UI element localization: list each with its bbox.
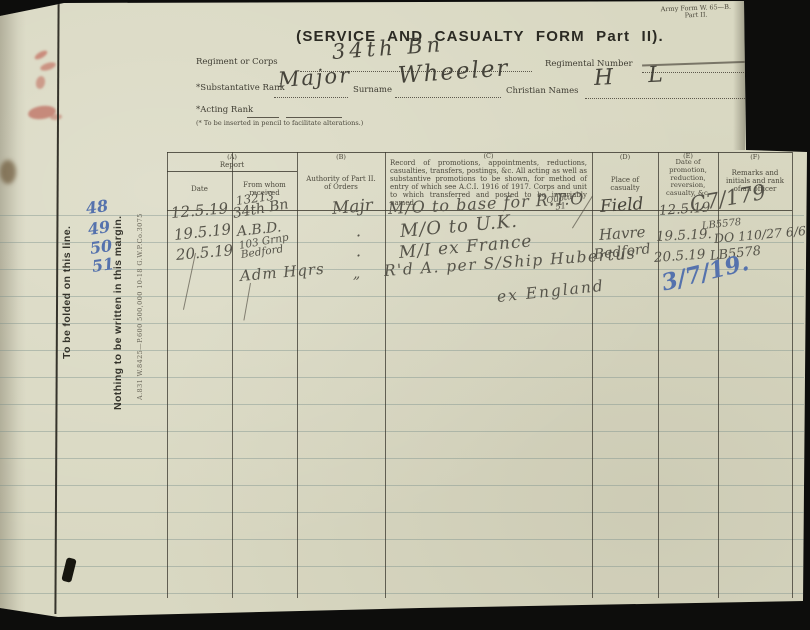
pencil-footnote: (* To be inserted in pencil to facilitat… bbox=[196, 119, 363, 127]
printer-code-text: A.831 W.8425—P.600 500,000 10-18 G.W.P.C… bbox=[136, 162, 144, 452]
entry-authority-ditto: · bbox=[356, 246, 361, 265]
rank-value: Major bbox=[277, 63, 352, 92]
brown-stain bbox=[0, 160, 16, 184]
form-reference: Army Form W. 65—B. Part II. bbox=[645, 3, 747, 21]
entry-authority-ditto: „ bbox=[353, 266, 360, 282]
col-divider bbox=[385, 152, 386, 598]
paper-torn-corner-shadow bbox=[733, 0, 745, 150]
margin-line-number: 51 bbox=[91, 254, 116, 276]
rank-underline bbox=[274, 96, 348, 98]
fold-line-text: To be folded on this line. bbox=[61, 213, 73, 371]
regiment-label: Regiment or Corps bbox=[196, 57, 278, 67]
scanned-document: Army Form W. 65—B. Part II. (SERVICE AND… bbox=[0, 0, 810, 630]
form-title: (SERVICE AND CASUALTY FORM Part II). bbox=[240, 28, 720, 45]
col-b-letter: (B) bbox=[297, 153, 385, 161]
entry-authority: Majr bbox=[331, 195, 374, 218]
table-right-border bbox=[792, 152, 793, 598]
christian-names-label: Christian Names bbox=[506, 86, 578, 96]
acting-rank-label: *Acting Rank bbox=[196, 105, 253, 115]
red-pencil-mark bbox=[35, 75, 47, 90]
entry-authority-ditto: · bbox=[356, 226, 361, 245]
surname-label: Surname bbox=[353, 85, 392, 95]
col-a-sub-date: Date bbox=[167, 185, 232, 193]
col-f-letter: (F) bbox=[718, 153, 792, 161]
col-divider bbox=[592, 152, 593, 598]
christian-names-value: H L bbox=[593, 62, 677, 91]
surname-value: Wheeler bbox=[397, 55, 510, 89]
paper-sheet: Army Form W. 65—B. Part II. (SERVICE AND… bbox=[0, 0, 810, 630]
entry-place: Field bbox=[599, 194, 644, 217]
red-pencil-mark bbox=[33, 49, 48, 61]
red-pencil-mark bbox=[39, 61, 56, 73]
col-b-text: Authority of Part II. of Orders bbox=[305, 175, 377, 191]
col-divider bbox=[297, 152, 298, 598]
acting-rank-underline-1 bbox=[247, 116, 279, 118]
substantive-rank-label: *Substantative Rank bbox=[196, 83, 285, 93]
col-a-title: Report bbox=[167, 161, 297, 169]
col-d-text: Place of casualty bbox=[596, 176, 654, 192]
surname-underline bbox=[395, 96, 501, 98]
col-divider bbox=[232, 152, 233, 598]
no-write-margin-text: Nothing to be written in this margin. bbox=[112, 172, 124, 454]
col-d-letter: (D) bbox=[592, 153, 658, 161]
col-a-letter: (A) bbox=[167, 153, 297, 161]
christian-names-underline bbox=[585, 97, 785, 99]
entry-place: Havre bbox=[598, 223, 646, 244]
margin-line-number: 48 bbox=[85, 196, 110, 218]
acting-rank-underline-2 bbox=[286, 116, 342, 118]
table-left-border bbox=[167, 152, 168, 598]
